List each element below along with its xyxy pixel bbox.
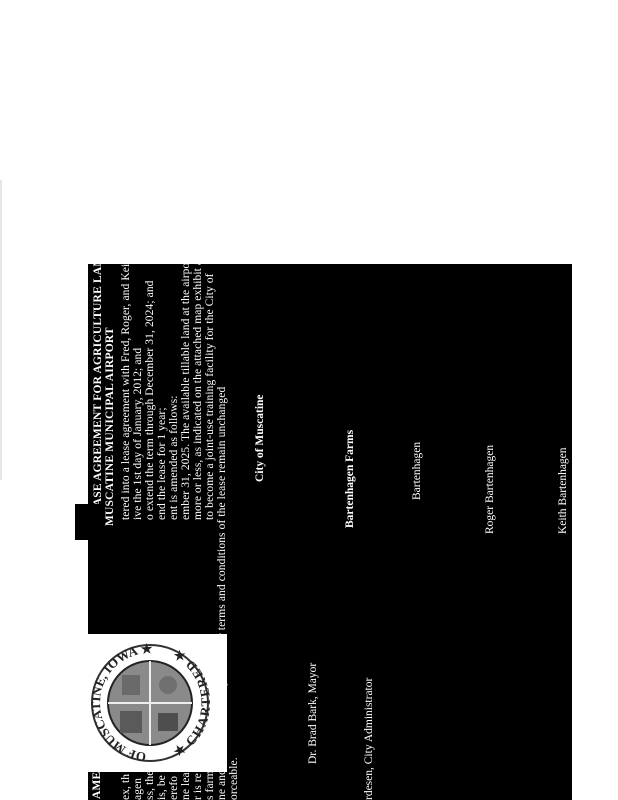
body-line-3-start: ss, the	[145, 771, 157, 800]
title-line-1: LEASE AGREEMENT FOR AGRICULTURE LAND	[93, 264, 105, 522]
body-line-4-start: is, be	[157, 775, 169, 800]
body-line-6-start: ne lea	[181, 772, 193, 800]
administrator-signature-name: rdesen, City Administrator	[364, 678, 376, 800]
body-line-1-start: ex, th	[121, 774, 133, 800]
body-line-8-start: s farm	[205, 770, 217, 800]
seal-emblem-icon: CITY OF MUSCATINE, IOWA ★ 1851 ★ CHARTER…	[73, 634, 227, 772]
page-edge-shadow	[0, 180, 2, 480]
body-line-1: tered into a lease agreement with Fred, …	[121, 264, 133, 520]
city-heading: City of Muscatine	[255, 394, 267, 482]
body-line-4: end the lease for 1 year;	[157, 407, 169, 520]
body-line-2-start: agen	[133, 778, 145, 800]
signer-3-name: Keith Bartenhagen	[558, 447, 570, 534]
signer-1-name: Bartenhagen	[412, 442, 424, 500]
body-line-6: ember 31, 2025. The available tillable l…	[181, 264, 193, 520]
title-line-2: MUSCATINE MUNICIPAL AIRPORT	[105, 327, 117, 526]
signer-2-name: Roger Bartenhagen	[485, 445, 497, 534]
body-line-8: to become a joint-use training facility …	[205, 273, 217, 520]
body-line-10: orceable.	[229, 757, 241, 800]
body-line-7-start: r is re	[193, 773, 205, 800]
mayor-signature-name: Dr. Brad Bark, Mayor	[308, 663, 320, 764]
body-line-5-start: erefo	[169, 776, 181, 800]
redaction-block	[75, 504, 103, 540]
body-line-7: more or less, as indicated on the attach…	[193, 264, 205, 520]
body-line-2: ive the 1st day of January, 2012; and	[133, 348, 145, 520]
city-seal: CITY OF MUSCATINE, IOWA ★ 1851 ★ CHARTER…	[73, 634, 227, 772]
body-line-3: o extend the term through December 31, 2…	[145, 280, 157, 520]
body-line-5: ent is amended as follows:	[169, 395, 181, 520]
farm-heading: Bartenhagen Farms	[345, 430, 357, 528]
